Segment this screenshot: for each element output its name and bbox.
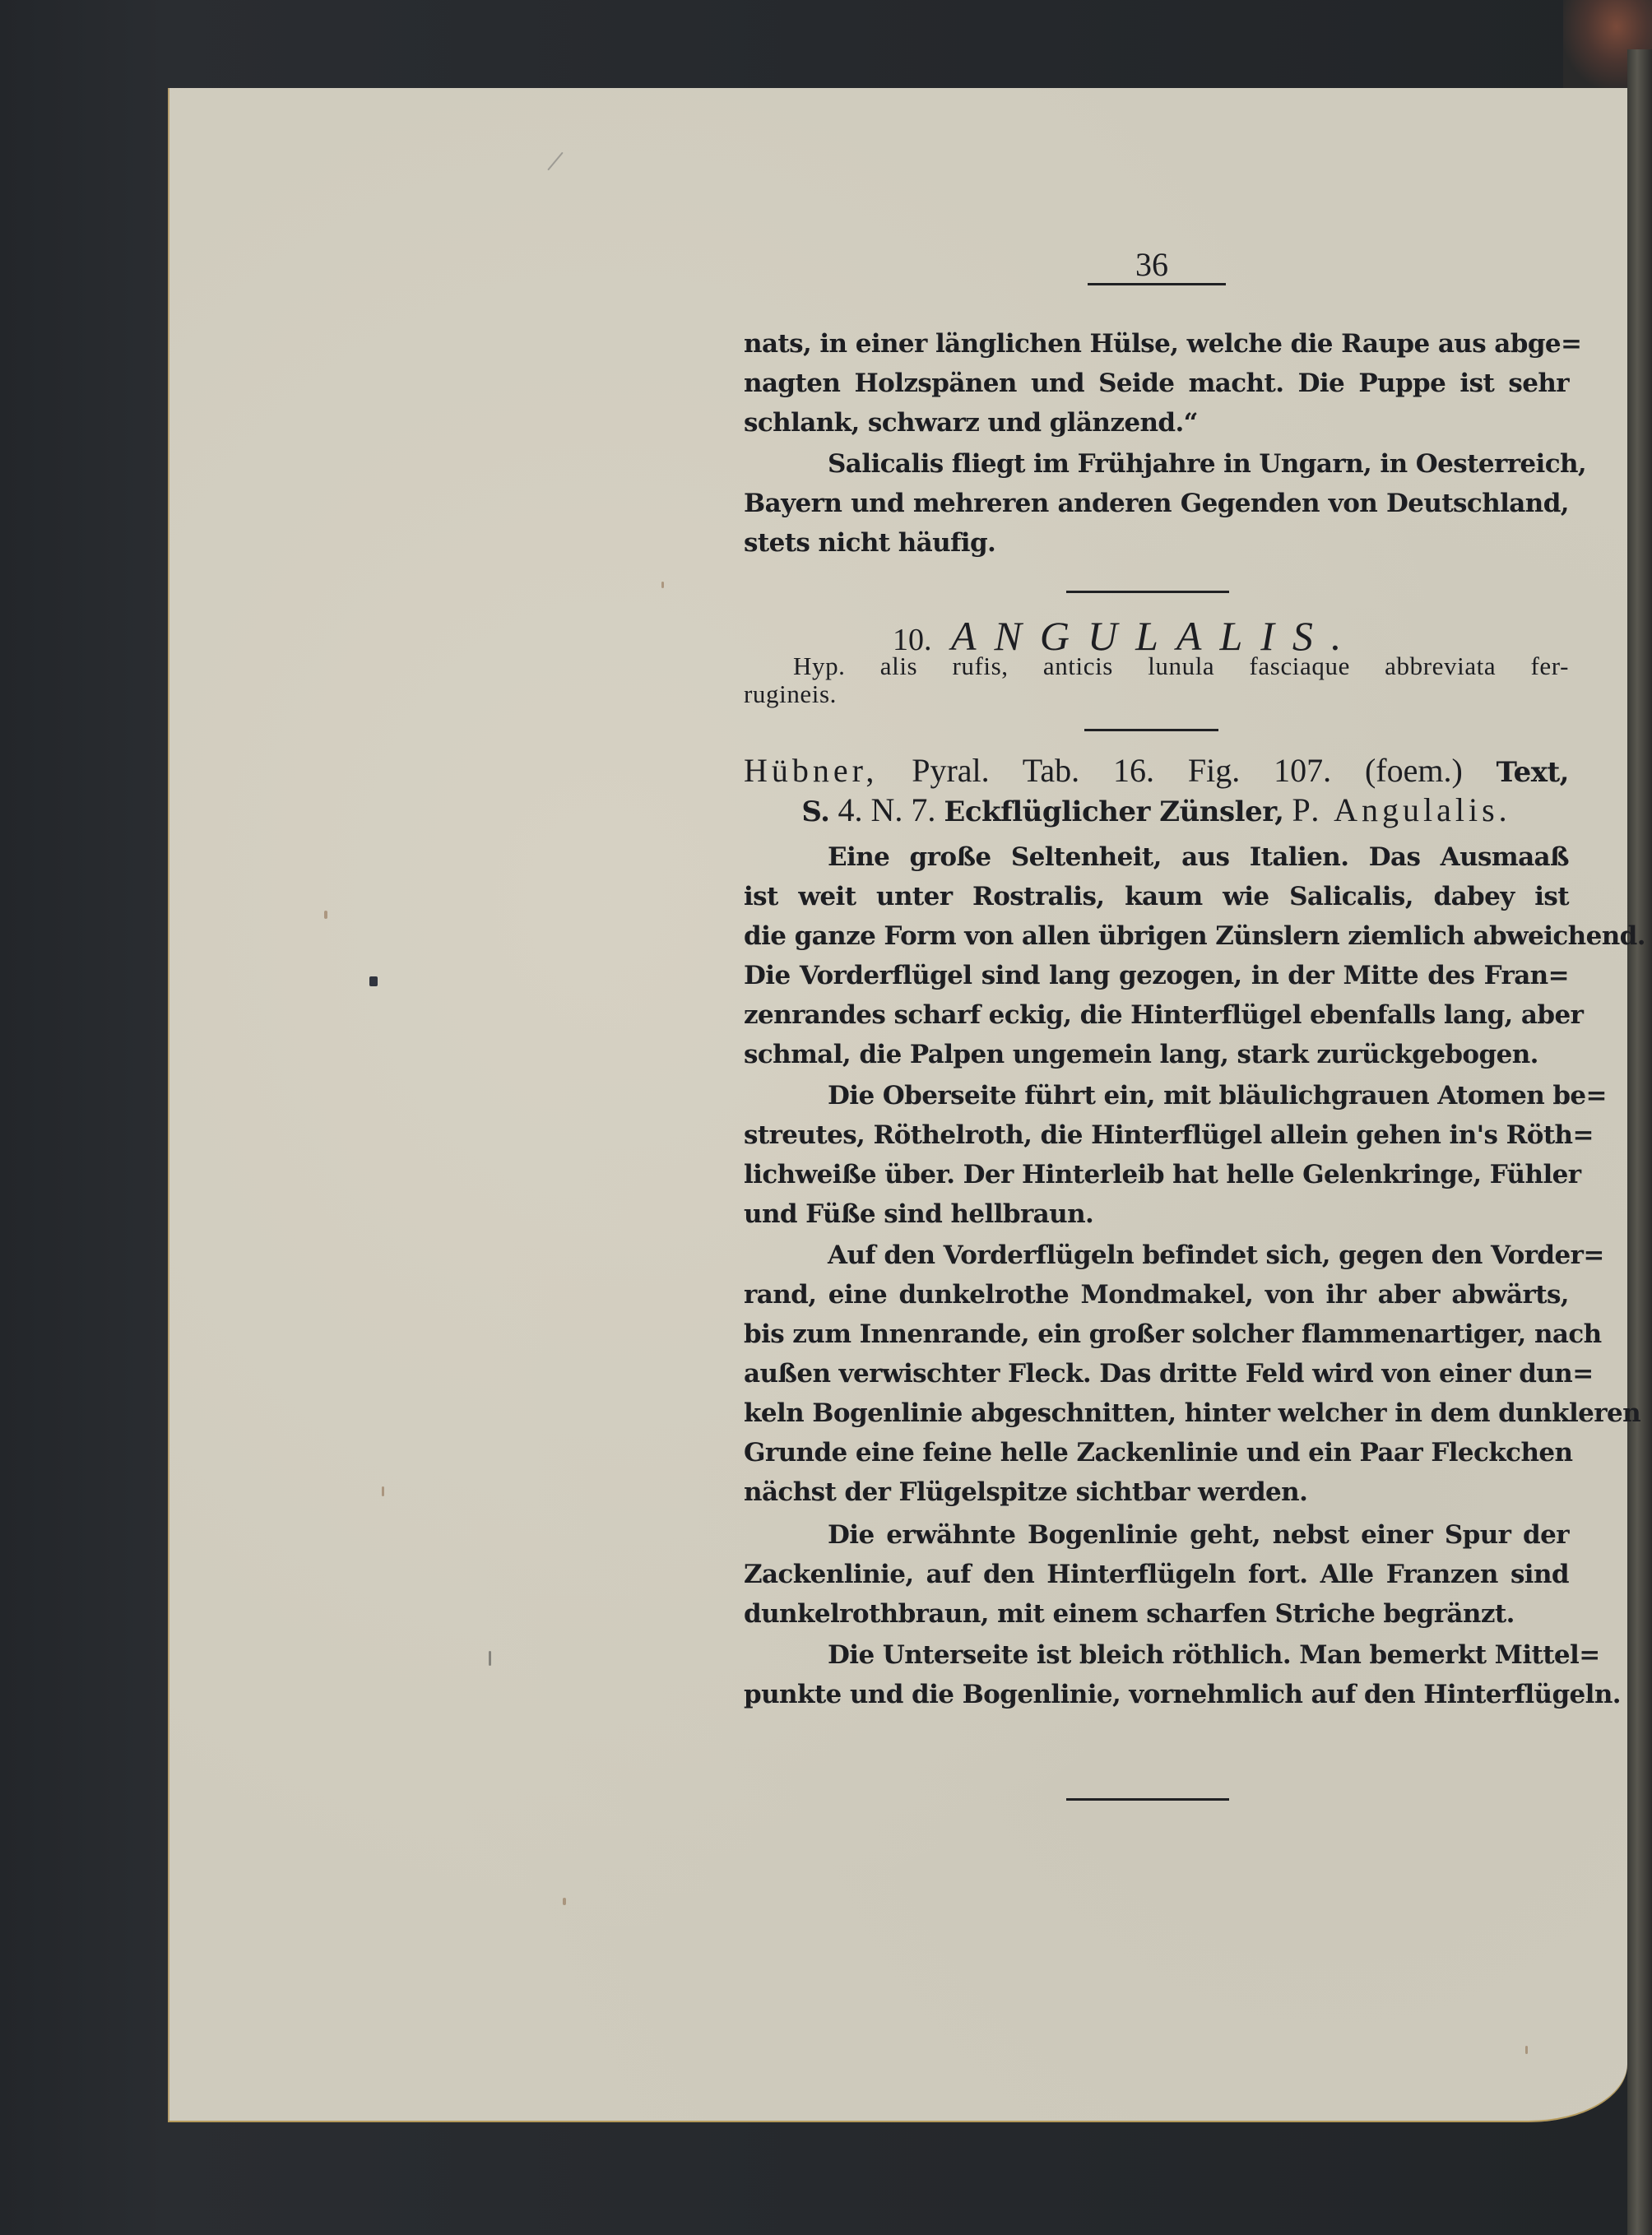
reference-page-number: 4. N. 7. [838,791,936,828]
paper-speck [382,1486,384,1496]
text-line: Die erwähnte Bogenlinie geht, nebst eine… [744,1519,1569,1551]
text-line: rand, eine dunkelrothe Mondmakel, von ih… [744,1278,1569,1311]
paper-speck [1525,2046,1528,2054]
paper-speck [563,1898,566,1905]
german-common-name: Eckflüglicher Zünsler, [944,795,1283,828]
text-line: Die Oberseite führt ein, mit bläulichgra… [744,1079,1569,1112]
text-line: lichweiße über. Der Hinterleib hat helle… [744,1158,1569,1191]
text-line: ist weit unter Rostralis, kaum wie Salic… [744,880,1569,913]
species-name-salicalis: Salicalis [828,449,944,479]
text-line: schmal, die Palpen ungemein lang, stark … [744,1038,1569,1071]
paper-speck [324,911,327,919]
text-line: Grunde eine feine helle Zackenlinie und … [744,1436,1569,1469]
section-divider [1066,591,1229,593]
text-line: Eine große Seltenheit, aus Italien. Das … [744,841,1569,874]
text-line: Auf den Vorderflügeln befindet sich, geg… [744,1239,1569,1272]
text-line: Zackenlinie, auf den Hinterflügeln fort.… [744,1558,1569,1591]
text-line: dunkelrothbraun, mit einem scharfen Stri… [744,1597,1569,1630]
author-name: Hübner, [744,752,878,789]
reference-page-prefix: S. [801,795,829,828]
reference-line-2: S. 4. N. 7. Eckflüglicher Zünsler, P. An… [744,791,1569,829]
salicalis-line-rest: fliegt im Frühjahre in Ungarn, in Oester… [952,449,1586,479]
paper-mark [547,152,564,171]
text-line: nats, in einer länglichen Hülse, welche … [744,327,1569,360]
text-line: streutes, Röthelroth, die Hinterflügel a… [744,1119,1569,1152]
text-line: und Füße sind hellbraun. [744,1198,1569,1231]
ink-dot [369,976,378,986]
end-divider [1066,1798,1229,1801]
book-spine-edge [1627,49,1652,2235]
diagnosis-line: rugineis. [744,679,1569,709]
text-line: Die Vorderflügel sind lang gezogen, in d… [744,959,1569,992]
text-line: nächst der Flügelspitze sichtbar werden. [744,1476,1569,1509]
text-line: stets nicht häufig. [744,526,1569,559]
paper-speck [489,1651,491,1666]
text-line: schlank, schwarz und glänzend.“ [744,406,1569,439]
salicalis-line: Salicalis fliegt im Frühjahre in Ungarn,… [744,447,1569,480]
reference-text-word: Text, [1497,756,1569,789]
page-number-rule [1088,283,1226,285]
diagnosis-divider [1084,729,1218,731]
text-line: Die Unterseite ist bleich röthlich. Man … [744,1639,1569,1672]
diagnosis-line: Hyp. alis rufis, anticis lunula fasciaqu… [744,651,1569,681]
reference-line-1: Hübner, Pyral. Tab. 16. Fig. 107. (foem.… [744,752,1569,790]
text-line: Bayern und mehreren anderen Gegenden von… [744,487,1569,520]
text-line: außen verwischter Fleck. Das dritte Feld… [744,1357,1569,1390]
text-line: zenrandes scharf eckig, die Hinterflügel… [744,999,1569,1032]
page-number: 36 [1135,245,1168,284]
text-line: punkte und die Bogenlinie, vornehmlich a… [744,1678,1569,1711]
text-line: die ganze Form von allen übrigen Zünsler… [744,920,1569,953]
latin-name: P. Angulalis. [1292,791,1511,828]
text-line: keln Bogenlinie abgeschnitten, hinter we… [744,1397,1569,1430]
reference-detail: Pyral. Tab. 16. Fig. 107. (foem.) [912,752,1463,789]
text-line: nagten Holzspänen und Seide macht. Die P… [744,367,1569,400]
paper-speck [661,582,664,588]
text-line: bis zum Innenrande, ein großer solcher f… [744,1318,1569,1351]
